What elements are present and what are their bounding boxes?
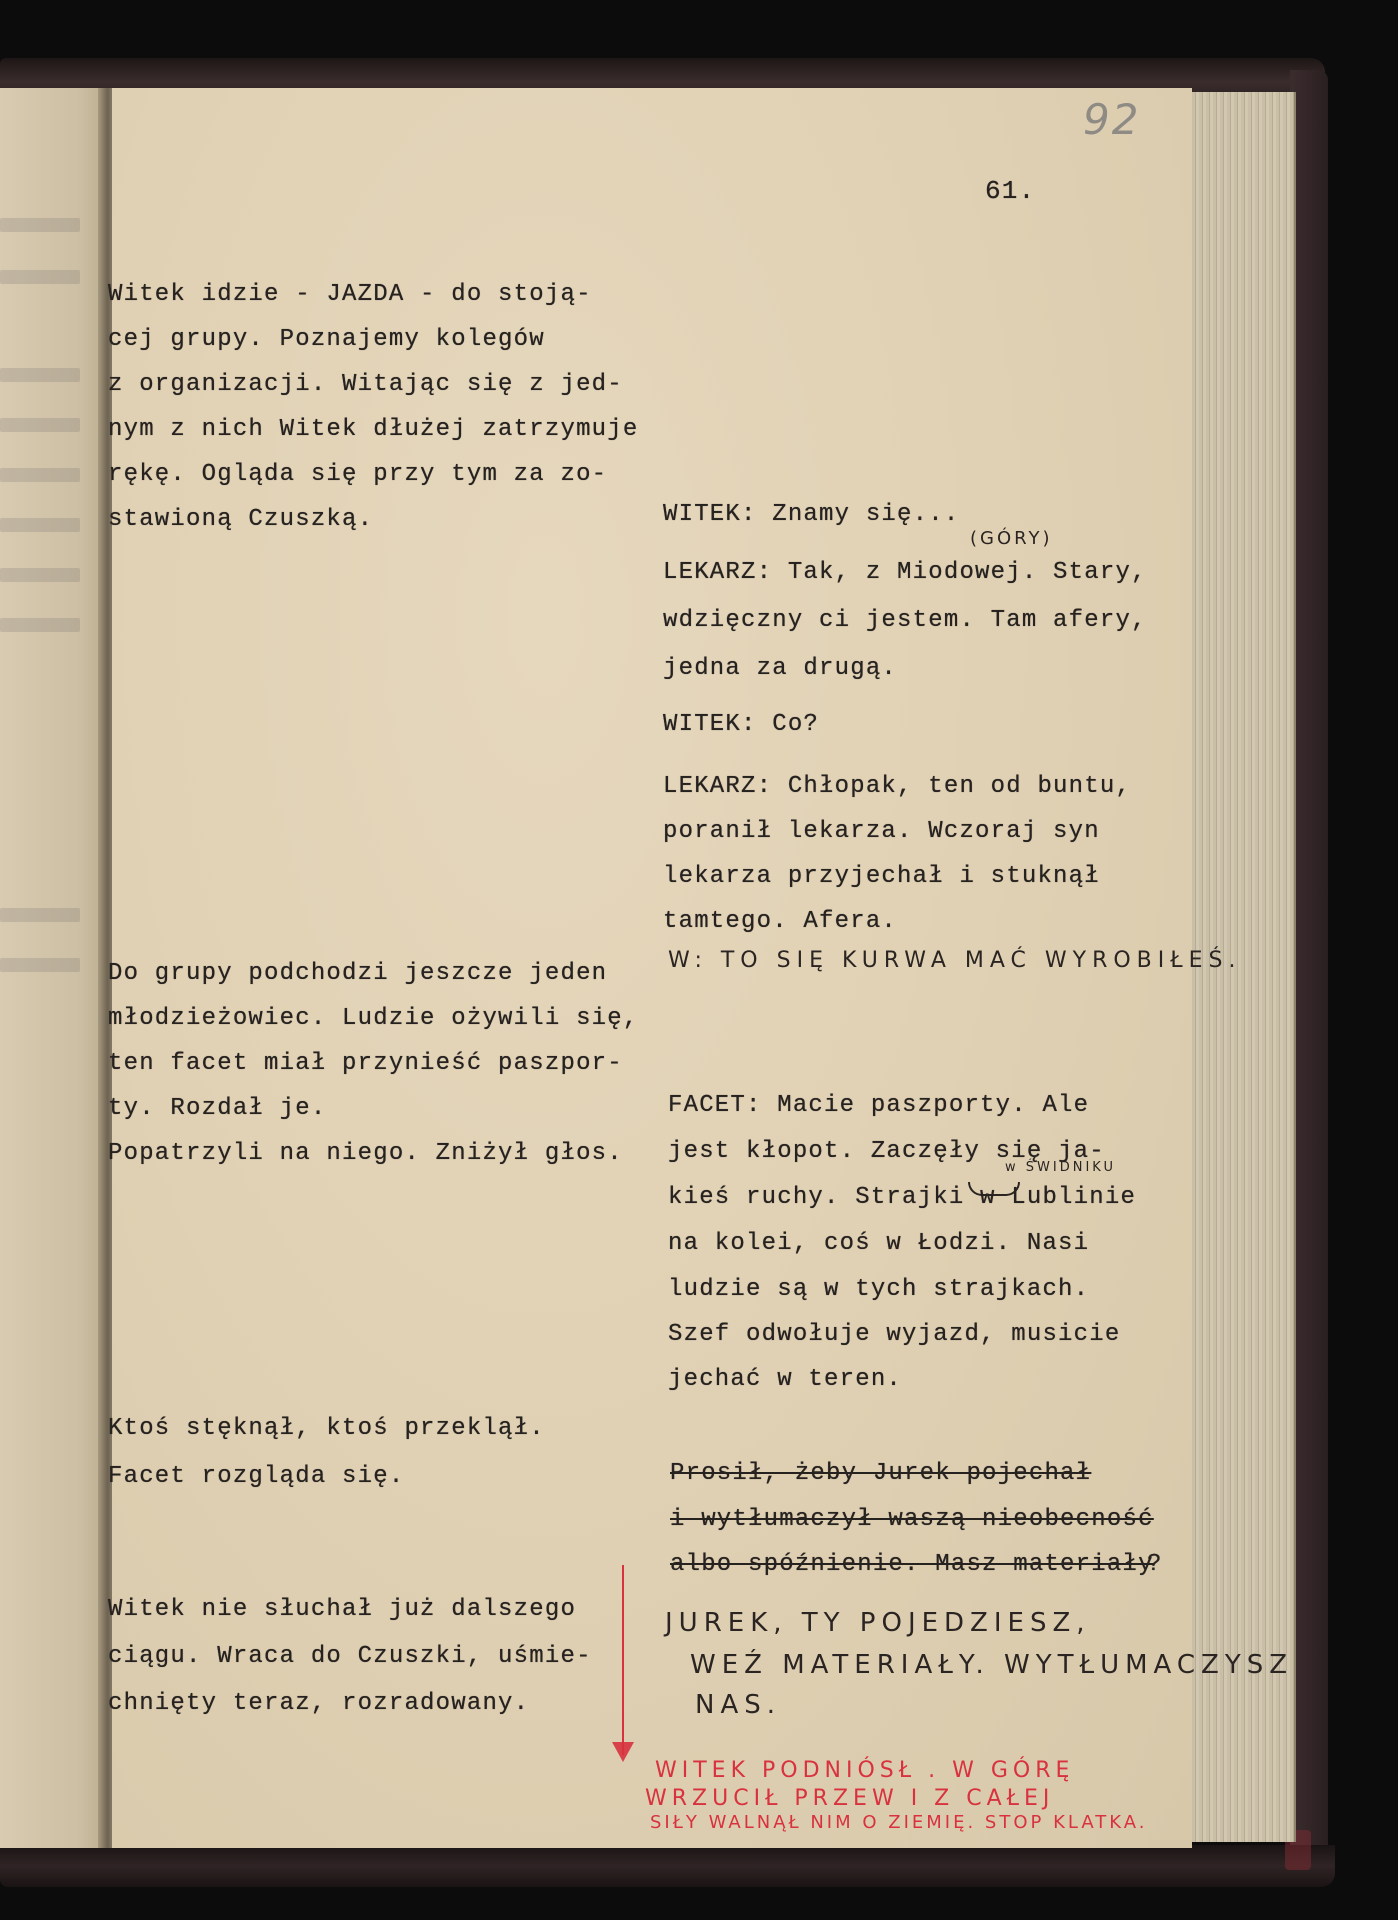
left-line-2: cej grupy. Poznajemy kolegów xyxy=(108,328,545,352)
right-line-6: LEKARZ: Chłopak, ten od buntu, xyxy=(663,775,1131,799)
red-arrow-down-icon xyxy=(612,1742,634,1762)
facing-page-bleed-text xyxy=(0,468,80,482)
facing-page-bleed-text xyxy=(0,418,80,432)
red-arrow-line xyxy=(622,1565,624,1755)
left-line-6: stawioną Czuszką. xyxy=(108,508,373,532)
left-line-15: ciągu. Wraca do Czuszki, uśmie- xyxy=(108,1645,592,1669)
handwritten-jurek-line-1: JUREK, TY POJEDZIESZ, xyxy=(665,1608,1091,1638)
left-line-11: Popatrzyli na niego. Zniżył głos. xyxy=(108,1142,623,1166)
typed-page-number: 61. xyxy=(985,178,1035,204)
left-line-9: ten facet miał przynieść paszpor- xyxy=(108,1052,623,1076)
left-line-3: z organizacji. Witając się z jed- xyxy=(108,373,623,397)
facing-page-bleed-text xyxy=(0,908,80,922)
red-note-line-2: WRZUCIŁ PRZEW I Z CAŁEJ xyxy=(645,1786,1054,1811)
facing-page-bleed-text xyxy=(0,218,80,232)
handwritten-insert-swidniku: w ŚWIDNIKU xyxy=(1005,1160,1116,1175)
handwritten-insert-gory: (GÓRY) xyxy=(970,528,1053,549)
left-line-16: chnięty teraz, rozradowany. xyxy=(108,1692,529,1716)
facing-page-bleed-text xyxy=(0,518,80,532)
right-line-12: kieś ruchy. Strajki w Lublinie xyxy=(668,1186,1136,1210)
right-line-13: na kolei, coś w Łodzi. Nasi xyxy=(668,1232,1089,1256)
red-note-line-1: WITEK PODNIÓSŁ . W GÓRĘ xyxy=(655,1758,1074,1783)
archive-page-number: 92 xyxy=(1083,95,1140,144)
handwritten-jurek-line-3: NAS. xyxy=(695,1690,781,1720)
right-line-7: poranił lekarza. Wczoraj syn xyxy=(663,820,1100,844)
red-note-line-3: SIŁY WALNĄŁ NIM O ZIEMIĘ. STOP KLATKA. xyxy=(650,1812,1147,1833)
facing-page-bleed-text xyxy=(0,568,80,582)
right-line-9: tamtego. Afera. xyxy=(663,910,897,934)
right-line-3: wdzięczny ci jestem. Tam afery, xyxy=(663,609,1147,633)
left-line-14: Witek nie słuchał już dalszego xyxy=(108,1598,576,1622)
right-line-14: ludzie są w tych strajkach. xyxy=(668,1278,1089,1302)
facing-page-bleed-text xyxy=(0,958,80,972)
right-line-2: LEKARZ: Tak, z Miodowej. Stary, xyxy=(663,561,1147,585)
right-line-10: FACET: Macie paszporty. Ale xyxy=(668,1094,1089,1118)
right-line-19-question-mark: ? xyxy=(1147,1553,1163,1577)
left-line-8: młodzieżowiec. Ludzie ożywili się, xyxy=(108,1007,638,1031)
left-line-4: nym z nich Witek dłużej zatrzymuje xyxy=(108,418,638,442)
right-line-4: jedna za drugą. xyxy=(663,657,897,681)
right-line-1: WITEK: Znamy się... xyxy=(663,503,959,527)
right-line-16: jechać w teren. xyxy=(668,1368,902,1392)
left-line-7: Do grupy podchodzi jeszcze jeden xyxy=(108,962,607,986)
left-line-1: Witek idzie - JAZDA - do stoją- xyxy=(108,283,592,307)
facing-page-bleed-text xyxy=(0,270,80,284)
facing-page-bleed-text xyxy=(0,368,80,382)
left-line-5: rękę. Ogląda się przy tym za zo- xyxy=(108,463,607,487)
right-line-5: WITEK: Co? xyxy=(663,713,819,737)
handwritten-witek-line: W: TO SIĘ KURWA MAĆ WYROBIŁEŚ. xyxy=(668,948,1242,973)
right-line-15: Szef odwołuje wyjazd, musicie xyxy=(668,1323,1120,1347)
right-line-8: lekarza przyjechał i stuknął xyxy=(663,865,1100,889)
left-line-10: ty. Rozdał je. xyxy=(108,1097,326,1121)
right-line-19-struck: albo spóźnienie. Masz materiały xyxy=(670,1553,1154,1577)
facing-page-edge xyxy=(0,88,112,1848)
right-line-17-struck: Prosił, żeby Jurek pojechał xyxy=(670,1462,1091,1486)
facing-page-bleed-text xyxy=(0,618,80,632)
right-line-18-struck: i wytłumaczył waszą nieobecność xyxy=(670,1508,1154,1532)
book-cover-bottom-edge xyxy=(0,1845,1335,1887)
handwritten-jurek-line-2: WEŹ MATERIAŁY. WYTŁUMACZYSZ xyxy=(690,1650,1293,1680)
left-line-13: Facet rozgląda się. xyxy=(108,1465,404,1489)
left-line-12: Ktoś stęknął, ktoś przeklął. xyxy=(108,1417,545,1441)
